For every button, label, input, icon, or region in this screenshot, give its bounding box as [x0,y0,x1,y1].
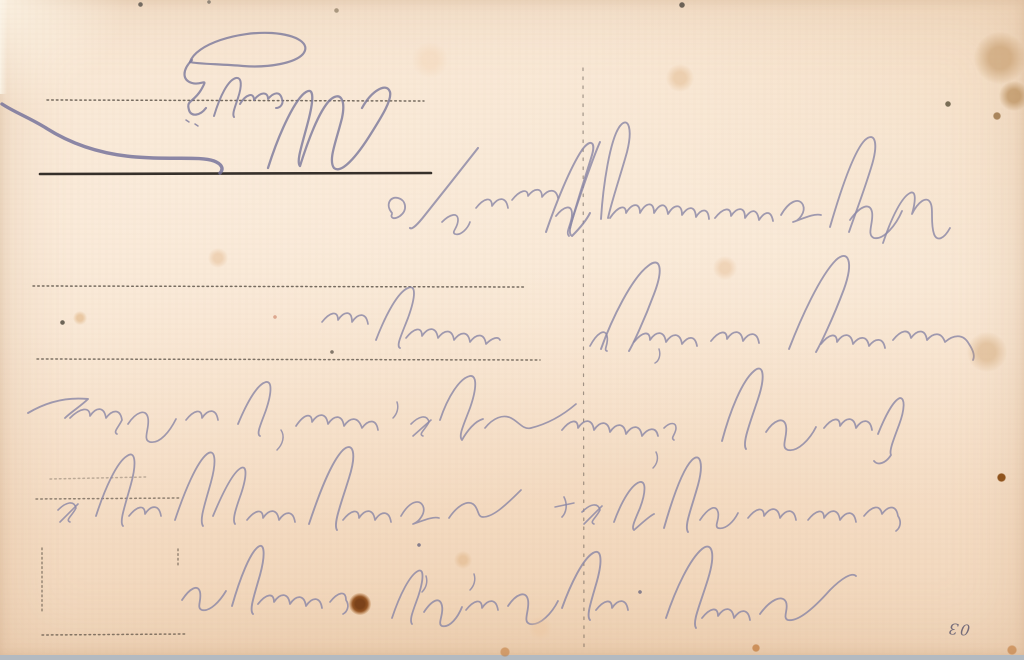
printed-stamp-box-bottom [42,634,186,635]
handwriting-stroke-l5-w5 [702,609,750,620]
handwriting-stroke-l5-end [760,575,856,620]
printed-signature-rule-solid [40,173,431,174]
handwriting-stroke-l3a-hz [440,376,483,440]
handwriting-stroke-l5-b [392,571,423,624]
handwriting-stroke-l3a-sl [238,382,271,436]
handwriting-stroke-l3a-x1 [411,417,429,436]
handwriting-stroke-l5-apos2 [470,574,475,590]
handwriting-stroke-l3b-y [766,420,816,450]
handwriting-stroke-l4b-apos [653,452,657,468]
handwriting-stroke-l2b-comma [655,349,660,363]
handwriting-stroke-l5-y2 [508,594,558,624]
handwriting-stroke-l3a-w3 [296,415,378,430]
handwriting-stroke-l1m-y2 [850,206,902,238]
handwriting-stroke-l3a-comma [277,430,283,450]
handwriting-stroke-l3b-mf [824,419,872,430]
handwriting-stroke-l3a-tail [485,404,576,428]
handwriting-stroke-l3a-dash [28,399,88,418]
handwriting-stroke-l5-e [466,601,498,610]
handwriting-stroke-l1m-asc1 [601,122,630,219]
handwriting-stroke-l2b-end [893,331,974,360]
handwriting-stroke-l2a-w [322,313,368,324]
handwriting-stroke-sig-swash [2,104,222,173]
handwriting-stroke-l4a-w1 [129,507,161,516]
handwriting-stroke-sig-zigzag [185,60,207,115]
handwriting-stroke-l4a-l3 [213,468,246,524]
handwriting-stroke-sig-n [214,78,241,117]
handwriting-stroke-l1m-w2 [715,209,773,221]
handwriting-stroke-l5-w2b [330,593,348,614]
handwriting-stroke-l2a-w2 [406,329,500,344]
printed-address-line-5 [36,498,181,499]
handwriting-stroke-l1f-m [512,190,558,200]
handwriting-stroke-l5-sh2 [562,552,600,620]
handwriting-stroke-l3b-asc [722,369,763,449]
handwriting-stroke-l4a-g2 [401,502,439,524]
handwriting-stroke-l2b-w1 [634,333,697,346]
handwriting-stroke-l4a-w2 [343,511,391,522]
postcard-paper: 03 [0,0,1024,655]
handwriting-stroke-sig-m [268,88,390,170]
handwriting-stroke-l5-sh1 [424,600,462,626]
handwriting-stroke-l1f-s [442,215,470,234]
handwriting-stroke-sig-dots [186,120,198,126]
handwriting-stroke-l4b-tc [555,503,574,507]
handwriting-stroke-l4b-end [864,507,900,531]
handwriting-stroke-l2b-w2 [711,332,759,343]
handwriting-stroke-l4b-x1 [582,505,600,524]
handwriting-stroke-l3b-s [664,424,676,441]
handwriting-stroke-l4b-rf [700,508,738,528]
handwriting-stroke-l4b-l [664,457,701,532]
handwriting-stroke-l1m-w1 [610,204,709,219]
handwriting-stroke-l4a-l2 [175,452,214,526]
handwriting-stroke-l1f-e [389,198,405,218]
postcard-artwork [0,0,1024,655]
handwriting-stroke-l1m-g [781,201,821,222]
handwriting-stroke-l4a-x1 [58,503,76,522]
handwriting-stroke-l3b-f [874,398,904,463]
handwriting-stroke-l1f-slash [410,148,478,228]
handwriting-stroke-l1m-M [883,192,950,243]
handwriting-stroke-l1f-w [476,199,508,208]
handwriting-stroke-l2b-sh [590,332,607,351]
handwriting-stroke-l4b-m [808,511,856,522]
corner-mark: 03 [939,611,979,639]
handwriting-stroke-l2b-w3 [821,335,885,348]
handwriting-stroke-l3a-apos [393,402,398,418]
handwriting-stroke-l5-w4 [596,601,628,610]
printed-address-line-2 [33,286,524,287]
handwriting-stroke-l1f-h2 [570,142,600,236]
handwriting-stroke-l3a-y [128,412,176,442]
handwriting-stroke-l4a-end [449,490,521,518]
handwriting-stroke-l4a-h [247,511,295,522]
handwriting-stroke-l4b-b [614,482,654,530]
handwriting-stroke-l5-y0 [182,588,226,610]
handwriting-stroke-l3b-w0 [562,421,658,436]
handwriting-stroke-l4b-w3 [748,509,796,520]
handwriting-stroke-l4b-t [562,497,566,517]
handwriting-stroke-l3a-w1 [70,409,122,434]
handwriting-stroke-l3a-w2 [186,411,218,420]
handwriting-stroke-sig-loop [190,33,305,67]
handwriting-stroke-l5-b2 [666,547,712,628]
handwriting-stroke-l2a-b [376,287,414,348]
handwriting-stroke-l5-w2 [258,595,322,608]
printed-address-line-3 [37,359,540,360]
handwriting-stroke-l4a-b [309,447,353,530]
